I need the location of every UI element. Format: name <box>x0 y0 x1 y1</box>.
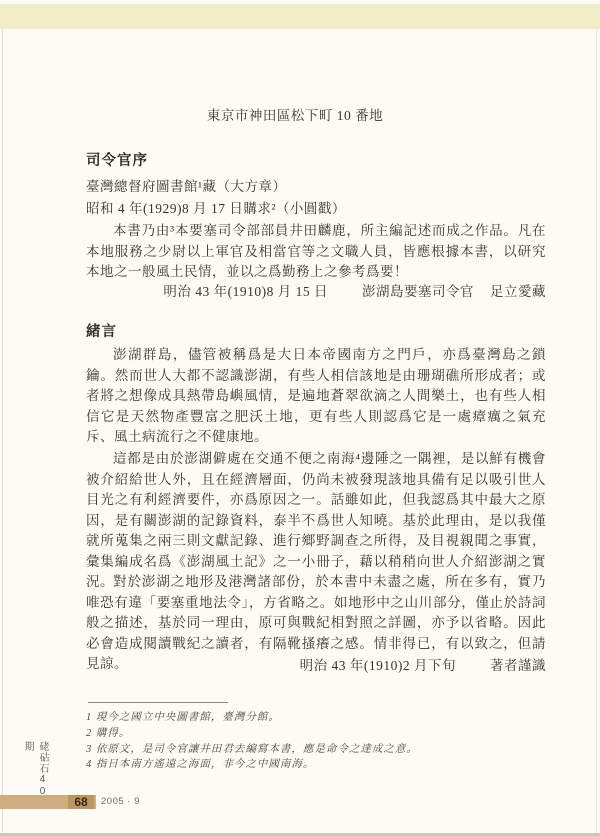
footnote-1: 1 現今之國立中央圖書館，臺灣分館。 <box>86 710 546 725</box>
footnote-2: 2 購得。 <box>86 726 546 741</box>
preface-paragraph: 本書乃由³本要塞司令部部員井田麟鹿，所主編記述而成之作品。凡在本地服務之少尉以上… <box>86 221 546 283</box>
signer-name: 足立愛藏 <box>490 282 546 303</box>
publisher-address-line: 東京市神田區松下町 10 番地 <box>86 106 546 127</box>
journal-issue-suffix: 期 <box>22 741 33 752</box>
page-number-box: 68 <box>68 795 94 809</box>
page-number: 68 <box>68 795 94 809</box>
page-number-strip: 68 <box>0 795 96 809</box>
scanned-document-page: 東京市神田區松下町 10 番地 司令官序 臺灣總督府圖書館¹藏（大方章） 昭和 … <box>0 0 600 836</box>
preface-date: 明治 43 年(1910)8 月 15 日 <box>163 282 328 303</box>
author-date: 明治 43 年(1910)2 月下旬 <box>300 656 456 677</box>
author-date-line: 明治 43 年(1910)2 月下旬 著者謹識 <box>86 656 546 677</box>
library-collection-stamp-line: 臺灣總督府圖書館¹藏（大方章） <box>86 177 546 198</box>
footnote-3: 3 依原文，是司令官讓井田君去編寫本書，應是命令之達成之意。 <box>86 742 546 757</box>
introduction-paragraph-1: 澎湖群島，儘管被稱爲是大日本帝國南方之門戶，亦爲臺灣島之鎖鑰。然而世人大都不認識… <box>86 345 546 448</box>
journal-title: 硓𥑮石 <box>37 741 48 774</box>
author-signature: 著者謹識 <box>490 656 546 677</box>
scan-top-band <box>0 4 600 29</box>
signer-title: 澎湖島要塞司令官 <box>362 282 474 303</box>
purchase-stamp-line: 昭和 4 年(1929)8 月 17 日購求²（小圓戳） <box>86 199 546 220</box>
scan-right-edge <box>596 29 597 833</box>
introduction-paragraph-2: 這都是由於澎湖僻處在交通不便之南海⁴邊陲之一隅裡，是以鮮有機會被介紹給世人外，且… <box>86 449 546 593</box>
journal-title-vertical: 硓𥑮石40期 <box>20 741 50 799</box>
preface-date-line: 明治 43 年(1910)8 月 15 日 澎湖島要塞司令官 足立愛藏 <box>86 282 546 303</box>
footnotes-section: 1 現今之國立中央圖書館，臺灣分館。 2 購得。 3 依原文，是司令官讓井田君去… <box>86 710 546 773</box>
footnote-divider <box>88 702 228 703</box>
footnote-4: 4 指日本南方遙遠之海面，非今之中國南海。 <box>86 757 546 772</box>
journal-issue-date: 2005 · 9 <box>101 796 140 807</box>
introduction-heading: 緒言 <box>86 322 546 343</box>
commander-preface-heading: 司令官序 <box>86 151 546 172</box>
scan-left-edge <box>2 29 3 833</box>
